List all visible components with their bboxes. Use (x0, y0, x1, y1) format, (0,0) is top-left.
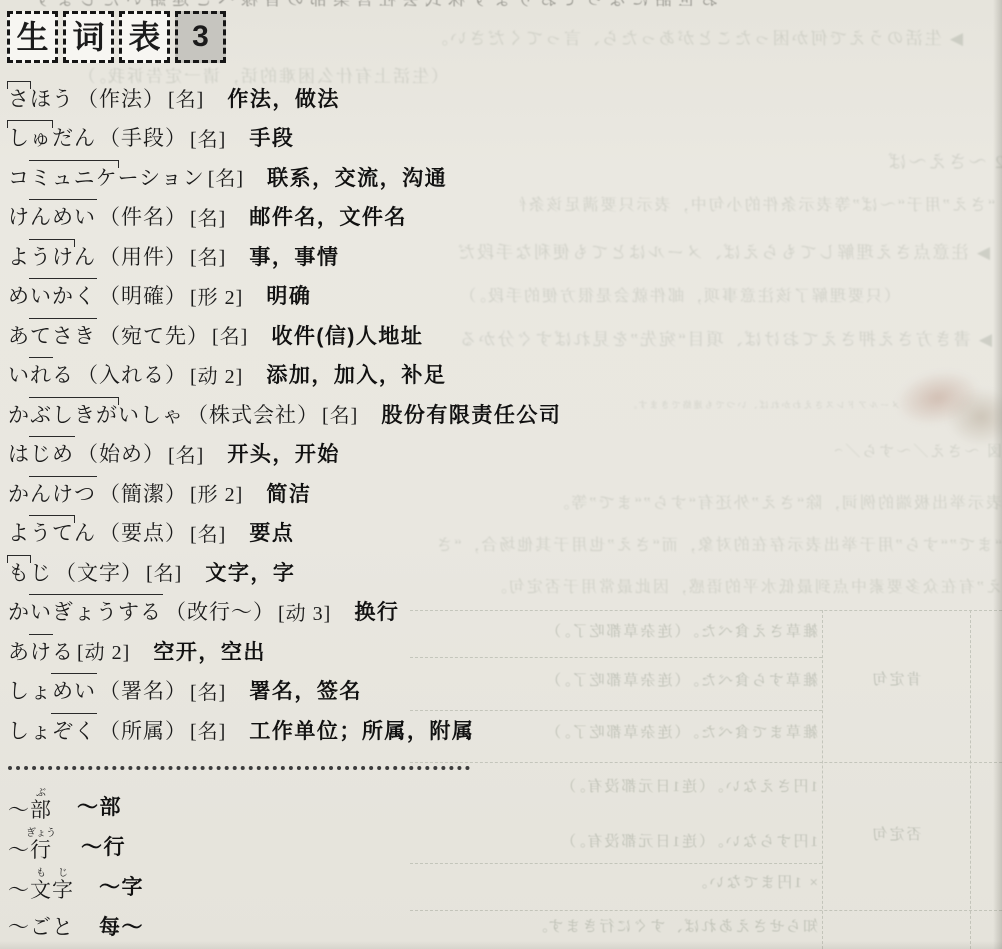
bleedthrough-table-line (410, 910, 1002, 911)
bleedthrough-table-row: 1円さえない。（连1日元都没有。） (430, 775, 818, 799)
bleedthrough-table-row: × 1円までない。 (430, 871, 818, 895)
bleedthrough-table-line (410, 863, 822, 864)
pos-tag: [形 2] (190, 478, 243, 507)
kana-word: ようけん (8, 241, 96, 271)
kana-word: しょぞく (8, 715, 96, 745)
bleedthrough-table-label: 否定句 (826, 823, 966, 844)
vocab-entry: かんけつ（簡潔）[形 2]简洁 (8, 473, 561, 513)
chinese-translation: 邮件名，文件名 (249, 201, 407, 231)
chinese-translation: 开头，开始 (227, 438, 340, 468)
vocab-entry: さほう（作法）[名]作法，做法 (8, 78, 561, 118)
chinese-translation: 〜部 (77, 791, 122, 821)
pitch-accent-mark: ぞく (52, 715, 96, 745)
bleedthrough-text: 2 〜さえ〜ば (872, 148, 1002, 174)
pitch-accent-mark: さ (8, 83, 30, 113)
chinese-translation: 每〜 (99, 911, 144, 941)
kanji-in-parens: （始め） (77, 438, 165, 468)
pitch-accent-mark: ミュニケ (30, 162, 118, 192)
kanji-in-parens: （署名） (99, 675, 187, 705)
kanji-in-parens: （株式会社） (187, 399, 319, 429)
vocab-entry: はじめ（始め）[名]开头，开始 (8, 434, 561, 474)
suffix-japanese: 〜部ぶ (8, 788, 52, 824)
pos-tag: [名] (168, 439, 204, 468)
chinese-translation: 手段 (249, 122, 294, 152)
vocab-list-header: 生 词 表 3 (7, 11, 226, 63)
pitch-accent-mark: てさき (30, 320, 96, 350)
chinese-translation: 简洁 (266, 478, 311, 508)
bleedthrough-table-row: 1円すらない。（连1日元都没有。） (430, 830, 818, 854)
vocab-entry: いれる（入れる）[动 2]添加，加入，补足 (8, 355, 561, 395)
pos-tag: [名] (190, 123, 226, 152)
bleedthrough-text: お世話になっております株式会社営業部の皆様へご連絡いたします (28, 0, 718, 7)
kana-word: しょめい (8, 675, 96, 705)
suffix-entry: 〜文字もじ〜字 (8, 866, 144, 906)
vocab-entry: しょぞく（所属）[名]工作单位；所属，附属 (8, 710, 561, 750)
chinese-translation: 〜行 (81, 831, 126, 861)
vocab-entry: ようけん（用件）[名]事，事情 (8, 236, 561, 276)
pos-tag: [名] (146, 557, 182, 586)
vocab-entry: あける[动 2]空开，空出 (8, 631, 561, 671)
kana-word: もじ (8, 557, 52, 587)
pitch-accent-mark: しゅ (8, 122, 52, 152)
pos-tag: [名] (190, 241, 226, 270)
kanji-in-parens: （明確） (99, 280, 187, 310)
bleedthrough-top-strip: お世話になっております株式会社営業部の皆様へご連絡いたします (28, 0, 958, 7)
kana-word: かいぎょうする (8, 596, 162, 626)
pos-tag: [动 2] (77, 636, 130, 665)
kana-word: あてさき (8, 320, 96, 350)
kanji-in-parens: （用件） (99, 241, 187, 271)
pos-tag: [名] (208, 162, 244, 191)
pos-tag: [名] (190, 202, 226, 231)
header-number-box: 3 (175, 11, 226, 63)
kana-word: コミュニケーション (8, 162, 205, 192)
vocab-entry: めいかく（明確）[形 2]明确 (8, 276, 561, 316)
chinese-translation: 署名，签名 (249, 675, 362, 705)
chinese-translation: 事，事情 (249, 241, 339, 271)
kanji-in-parens: （入れる） (77, 359, 187, 389)
pos-tag: [动 3] (278, 597, 331, 626)
furigana: ぶ (30, 788, 52, 799)
kanji-in-parens: （手段） (99, 122, 187, 152)
chinese-translation: 工作单位；所属，附属 (249, 715, 474, 745)
kana-word: あける (8, 636, 74, 666)
page-edge-shadow (993, 0, 1002, 949)
chinese-translation: 空开，空出 (153, 636, 266, 666)
dotted-separator (8, 766, 470, 770)
bleedthrough-table-line (970, 610, 971, 949)
pitch-accent-mark: うけ (30, 241, 74, 271)
header-char-box: 表 (119, 11, 170, 63)
pos-tag: [名] (168, 83, 204, 112)
pitch-accent-mark: めい (52, 675, 96, 705)
bleedthrough-table-row: 知らせさえあれば、すぐに行きます。 (430, 915, 818, 939)
page-edge-shadow (0, 941, 1002, 949)
kana-word: しゅだん (8, 122, 96, 152)
pos-tag: [形 2] (190, 281, 243, 310)
pos-tag: [名] (212, 320, 248, 349)
suffix-entry: 〜行ぎょう〜行 (8, 826, 144, 866)
header-char-box: 词 (63, 11, 114, 63)
suffix-japanese: 〜ごと (8, 911, 74, 941)
vocab-entry: あてさき（宛て先）[名]收件(信)人地址 (8, 315, 561, 355)
vocab-entry: しょめい（署名）[名]署名，签名 (8, 671, 561, 711)
kana-word: けんめい (8, 201, 96, 231)
kanji-with-furigana: 部ぶ (30, 798, 52, 822)
bleedthrough-text: ▶ 生活のうえで何か困ったことがあったら、言ってください。 (330, 24, 963, 49)
kana-word: かぶしきがいしゃ (8, 399, 184, 429)
vocab-entry: かいぎょうする（改行〜）[动 3]换行 (8, 592, 561, 632)
kana-word: いれる (8, 359, 74, 389)
suffix-list: 〜部ぶ〜部〜行ぎょう〜行〜文字もじ〜字〜ごと每〜 (8, 786, 144, 946)
bleedthrough-table-line (410, 762, 1002, 763)
bleedthrough-table-label: 肯定句 (826, 668, 966, 689)
chinese-translation: 联系，交流，沟通 (267, 162, 447, 192)
header-char-box: 生 (7, 11, 58, 63)
kanji-in-parens: （簡潔） (99, 478, 187, 508)
pitch-accent-mark: じめ (30, 438, 74, 468)
pitch-accent-mark: うて (30, 517, 74, 547)
kanji-with-furigana: 行ぎょう (30, 838, 56, 862)
furigana: もじ (30, 868, 74, 879)
kanji-in-parens: （文字） (55, 557, 143, 587)
bleedthrough-table-line (822, 610, 823, 949)
pitch-accent-mark: ぶしきが (30, 399, 118, 429)
pitch-accent-mark: れ (30, 359, 52, 389)
kanji-in-parens: （件名） (99, 201, 187, 231)
vocab-entry: けんめい（件名）[名]邮件名，文件名 (8, 197, 561, 237)
pitch-accent-mark: んめい (30, 201, 96, 231)
chinese-translation: 作法，做法 (227, 83, 340, 113)
pitch-accent-mark: け (30, 636, 52, 666)
vocab-entry: ようてん（要点）[名]要点 (8, 513, 561, 553)
suffix-japanese: 〜行ぎょう (8, 828, 56, 864)
pitch-accent-mark: いかく (30, 280, 96, 310)
chinese-translation: 换行 (354, 596, 399, 626)
kanji-in-parens: （所属） (99, 715, 187, 745)
furigana: ぎょう (26, 828, 56, 839)
vocab-list: さほう（作法）[名]作法，做法しゅだん（手段）[名]手段コミュニケーション[名]… (8, 78, 561, 750)
chinese-translation: 〜字 (99, 871, 144, 901)
kana-word: さほう (8, 83, 74, 113)
suffix-entry: 〜ごと每〜 (8, 906, 144, 946)
kana-word: かんけつ (8, 478, 96, 508)
chinese-translation: 添加，加入，补足 (266, 359, 446, 389)
chinese-translation: 文字，字 (205, 557, 295, 587)
pos-tag: [名] (190, 715, 226, 744)
chinese-translation: 要点 (249, 517, 294, 547)
pitch-accent-mark: も (8, 557, 30, 587)
kana-word: めいかく (8, 280, 96, 310)
pos-tag: [名] (190, 676, 226, 705)
vocab-entry: かぶしきがいしゃ（株式会社）[名]股份有限责任公司 (8, 394, 561, 434)
pitch-accent-mark: んけつ (30, 478, 96, 508)
vocab-entry: もじ（文字）[名]文字，字 (8, 552, 561, 592)
kanji-with-furigana: 文字もじ (30, 878, 74, 902)
pitch-accent-mark: いぎょうする (30, 596, 162, 626)
pos-tag: [名] (322, 399, 358, 428)
vocab-entry: しゅだん（手段）[名]手段 (8, 118, 561, 158)
kana-word: はじめ (8, 438, 74, 468)
bleedthrough-text: メールアドレスさえわかれば、いつでも連絡できます。 (570, 398, 900, 411)
kanji-in-parens: （改行〜） (165, 596, 275, 626)
kanji-in-parens: （作法） (77, 83, 165, 113)
suffix-japanese: 〜文字もじ (8, 868, 74, 904)
chinese-translation: 明确 (266, 280, 311, 310)
vocab-entry: コミュニケーション[名]联系，交流，沟通 (8, 157, 561, 197)
bleedthrough-text: “さえ”用于“〜ば”等表示条件的小句中，表示只要满足该条件 (520, 192, 995, 215)
pos-tag: [动 2] (190, 360, 243, 389)
kana-word: ようてん (8, 517, 96, 547)
chinese-translation: 股份有限责任公司 (381, 399, 561, 429)
kanji-in-parens: （宛て先） (99, 320, 209, 350)
suffix-entry: 〜部ぶ〜部 (8, 786, 144, 826)
scanned-textbook-page: お世話になっております株式会社営業部の皆様へご連絡いたします ▶ 生活のうえで何… (0, 0, 1002, 949)
pos-tag: [名] (190, 518, 226, 547)
kanji-in-parens: （要点） (99, 517, 187, 547)
chinese-translation: 收件(信)人地址 (271, 320, 423, 350)
